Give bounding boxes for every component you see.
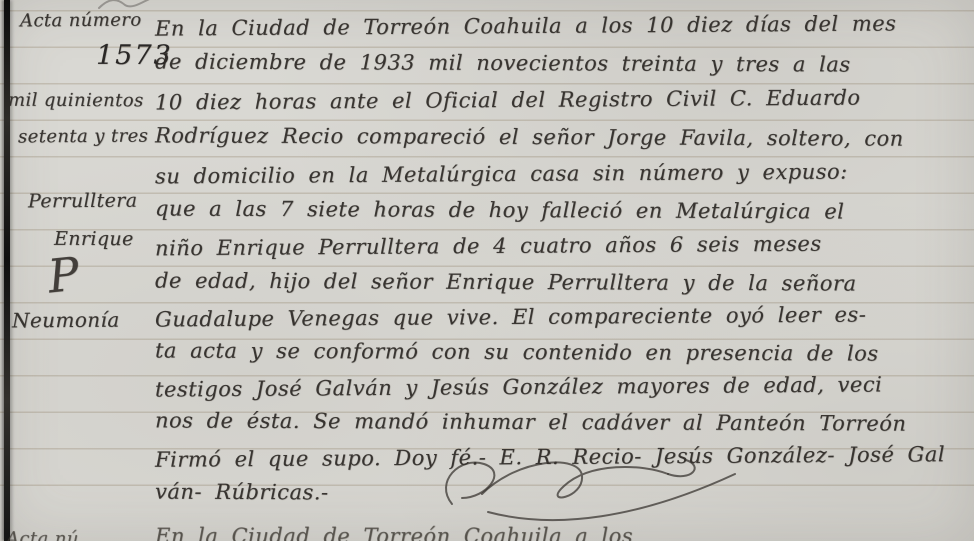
record-line: ván- Rúbricas.-: [155, 480, 329, 505]
record-line: de edad, hijo del señor Enrique Perrullt…: [155, 268, 857, 295]
record-line: testigos José Galván y Jesús González ma…: [155, 372, 882, 401]
record-line: su domicilio en la Metalúrgica casa sin …: [155, 160, 848, 189]
record-line: ta acta y se conformó con su contenido e…: [155, 338, 879, 365]
record-line: 10 diez horas ante el Oficial del Regist…: [155, 86, 861, 115]
next-entry-body-partial: En la Ciudad de Torreón Coahuila a los: [155, 524, 633, 541]
record-line: En la Ciudad de Torreón Coahuila a los 1…: [155, 11, 897, 40]
scanned-registry-page: Acta número 1573 mil quinientos setenta …: [0, 0, 974, 541]
record-line: Rodríguez Recio compareció el señor Jorg…: [155, 123, 904, 150]
page-binding-line: [4, 0, 10, 541]
record-line: niño Enrique Perrulltera de 4 cuatro año…: [155, 232, 822, 261]
margin-flourish-initial: P: [45, 247, 81, 304]
record-line: que a las 7 siete horas de hoy falleció …: [155, 196, 844, 223]
cut-off-stroke-top: [95, 0, 155, 10]
margin-deceased-surname: Perrulltera: [28, 190, 138, 213]
acta-number-words-line2: setenta y tres: [18, 126, 148, 148]
next-entry-margin-partial: Acta nú: [6, 528, 79, 541]
acta-label: Acta número: [20, 10, 142, 32]
margin-cause-of-death: Neumonía: [12, 308, 120, 333]
record-line: de diciembre de 1933 mil novecientos tre…: [155, 49, 851, 76]
rubrica-signature-flourish: [430, 448, 760, 528]
record-line: Guadalupe Venegas que vive. El compareci…: [155, 303, 866, 332]
record-line: nos de ésta. Se mandó inhumar el cadáver…: [155, 408, 907, 435]
acta-number-words-line1: mil quinientos: [8, 90, 144, 112]
